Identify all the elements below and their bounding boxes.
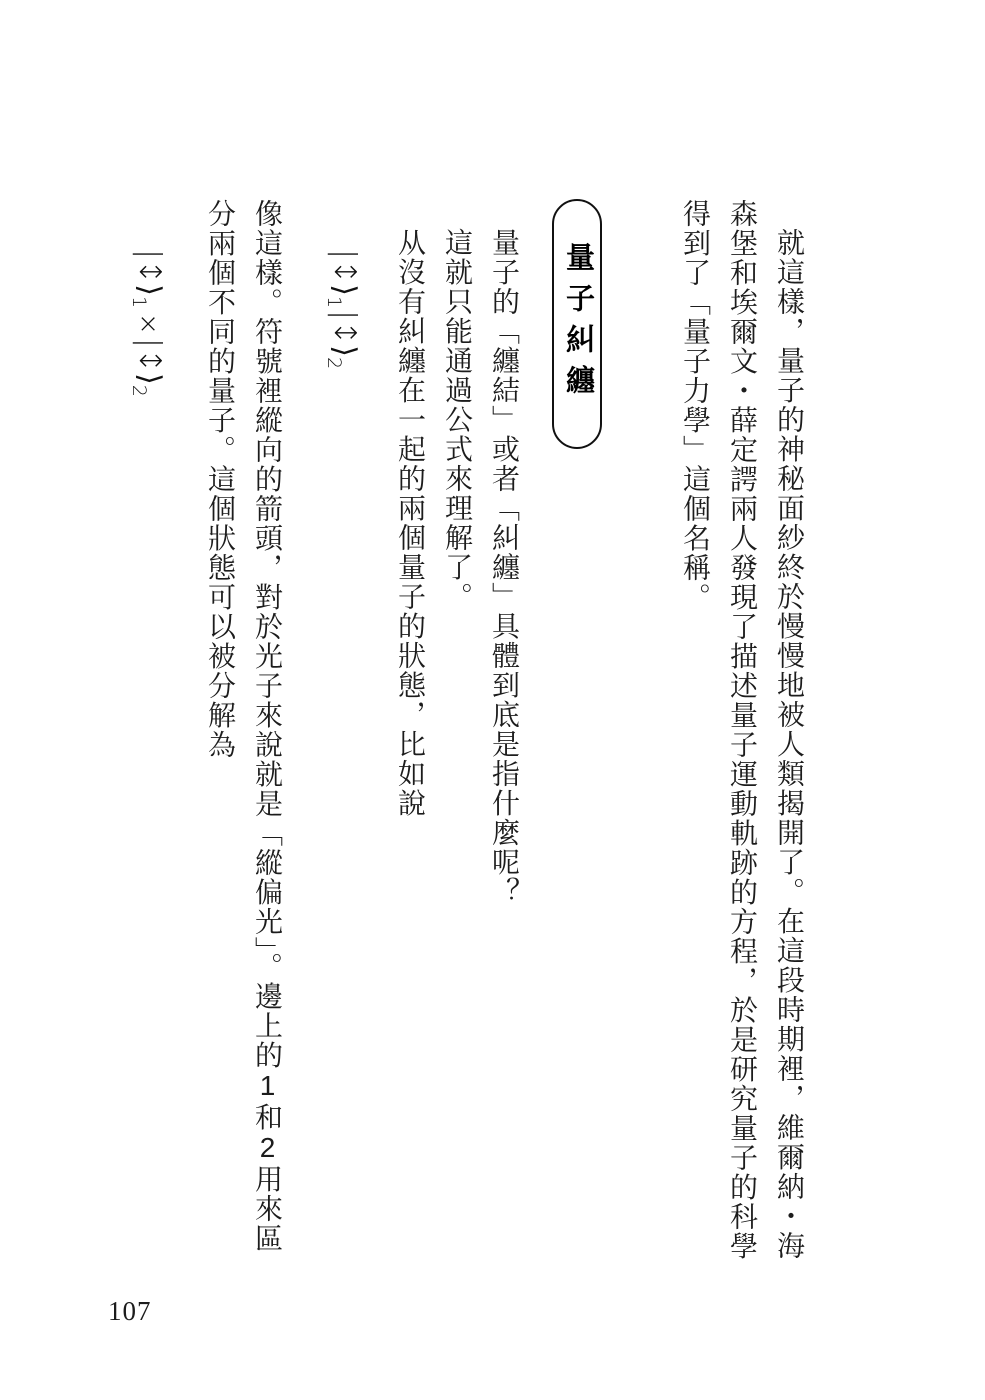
ket-subscript-1: 1 (128, 296, 150, 308)
formula-two-photon-state: |↕⟩1|↕⟩2 (321, 249, 367, 380)
label-digit-1: 1 (252, 1070, 283, 1103)
formula-two-photon-state-text: |↕⟩1|↕⟩2 (321, 249, 367, 380)
formula-product-state: |↕⟩1×|↕⟩2 (126, 249, 172, 395)
multiplication-sign: × (133, 313, 163, 335)
paragraph-quantum-mechanics-history: 就這樣，量子的神秘面紗終於慢慢地被人類揭開了。在這段時期裡，維爾納・海森堡和埃爾… (672, 199, 813, 1263)
paragraph-entanglement-question: 量子的「纏結」或者「糾纏」具體到底是指什麼呢？ (481, 199, 528, 1263)
ket-photon-2: |↕⟩ (132, 338, 167, 385)
book-page: 就這樣，量子的神秘面紗終於慢慢地被人類揭開了。在這段時期裡，維爾納・海森堡和埃爾… (0, 0, 985, 1400)
ket-photon-1: |↕⟩ (132, 249, 167, 296)
ket-subscript-1: 1 (323, 296, 345, 308)
paragraph-unentangled-state: 从沒有糾纏在一起的兩個量子的狀態，比如說 (387, 199, 434, 1263)
explanation-text-2: 和 (252, 1103, 283, 1133)
ket-photon-2: |↕⟩ (327, 310, 362, 357)
paragraph-notation-explanation: 像這樣。符號裡縱向的箭頭，對於光子來說就是「縱偏光」。邊上的1和2用來區分兩個不… (197, 199, 291, 1263)
page-content: 就這樣，量子的神秘面紗終於慢慢地被人類揭開了。在這段時期裡，維爾納・海森堡和埃爾… (113, 199, 813, 1263)
ket-photon-1: |↕⟩ (327, 249, 362, 296)
explanation-text-1: 像這樣。符號裡縱向的箭頭，對於光子來說就是「縱偏光」。邊上的 (252, 199, 283, 1070)
paragraph-formula-needed: 這就只能通過公式來理解了。 (434, 199, 481, 1263)
formula-product-state-text: |↕⟩1×|↕⟩2 (126, 249, 172, 395)
section-heading: 量子糾纏 (562, 242, 594, 406)
label-digit-2: 2 (252, 1132, 283, 1165)
section-heading-box: 量子糾纏 (552, 199, 602, 449)
ket-subscript-2: 2 (128, 385, 150, 397)
ket-subscript-2: 2 (323, 357, 345, 369)
page-number: 107 (108, 1296, 152, 1327)
